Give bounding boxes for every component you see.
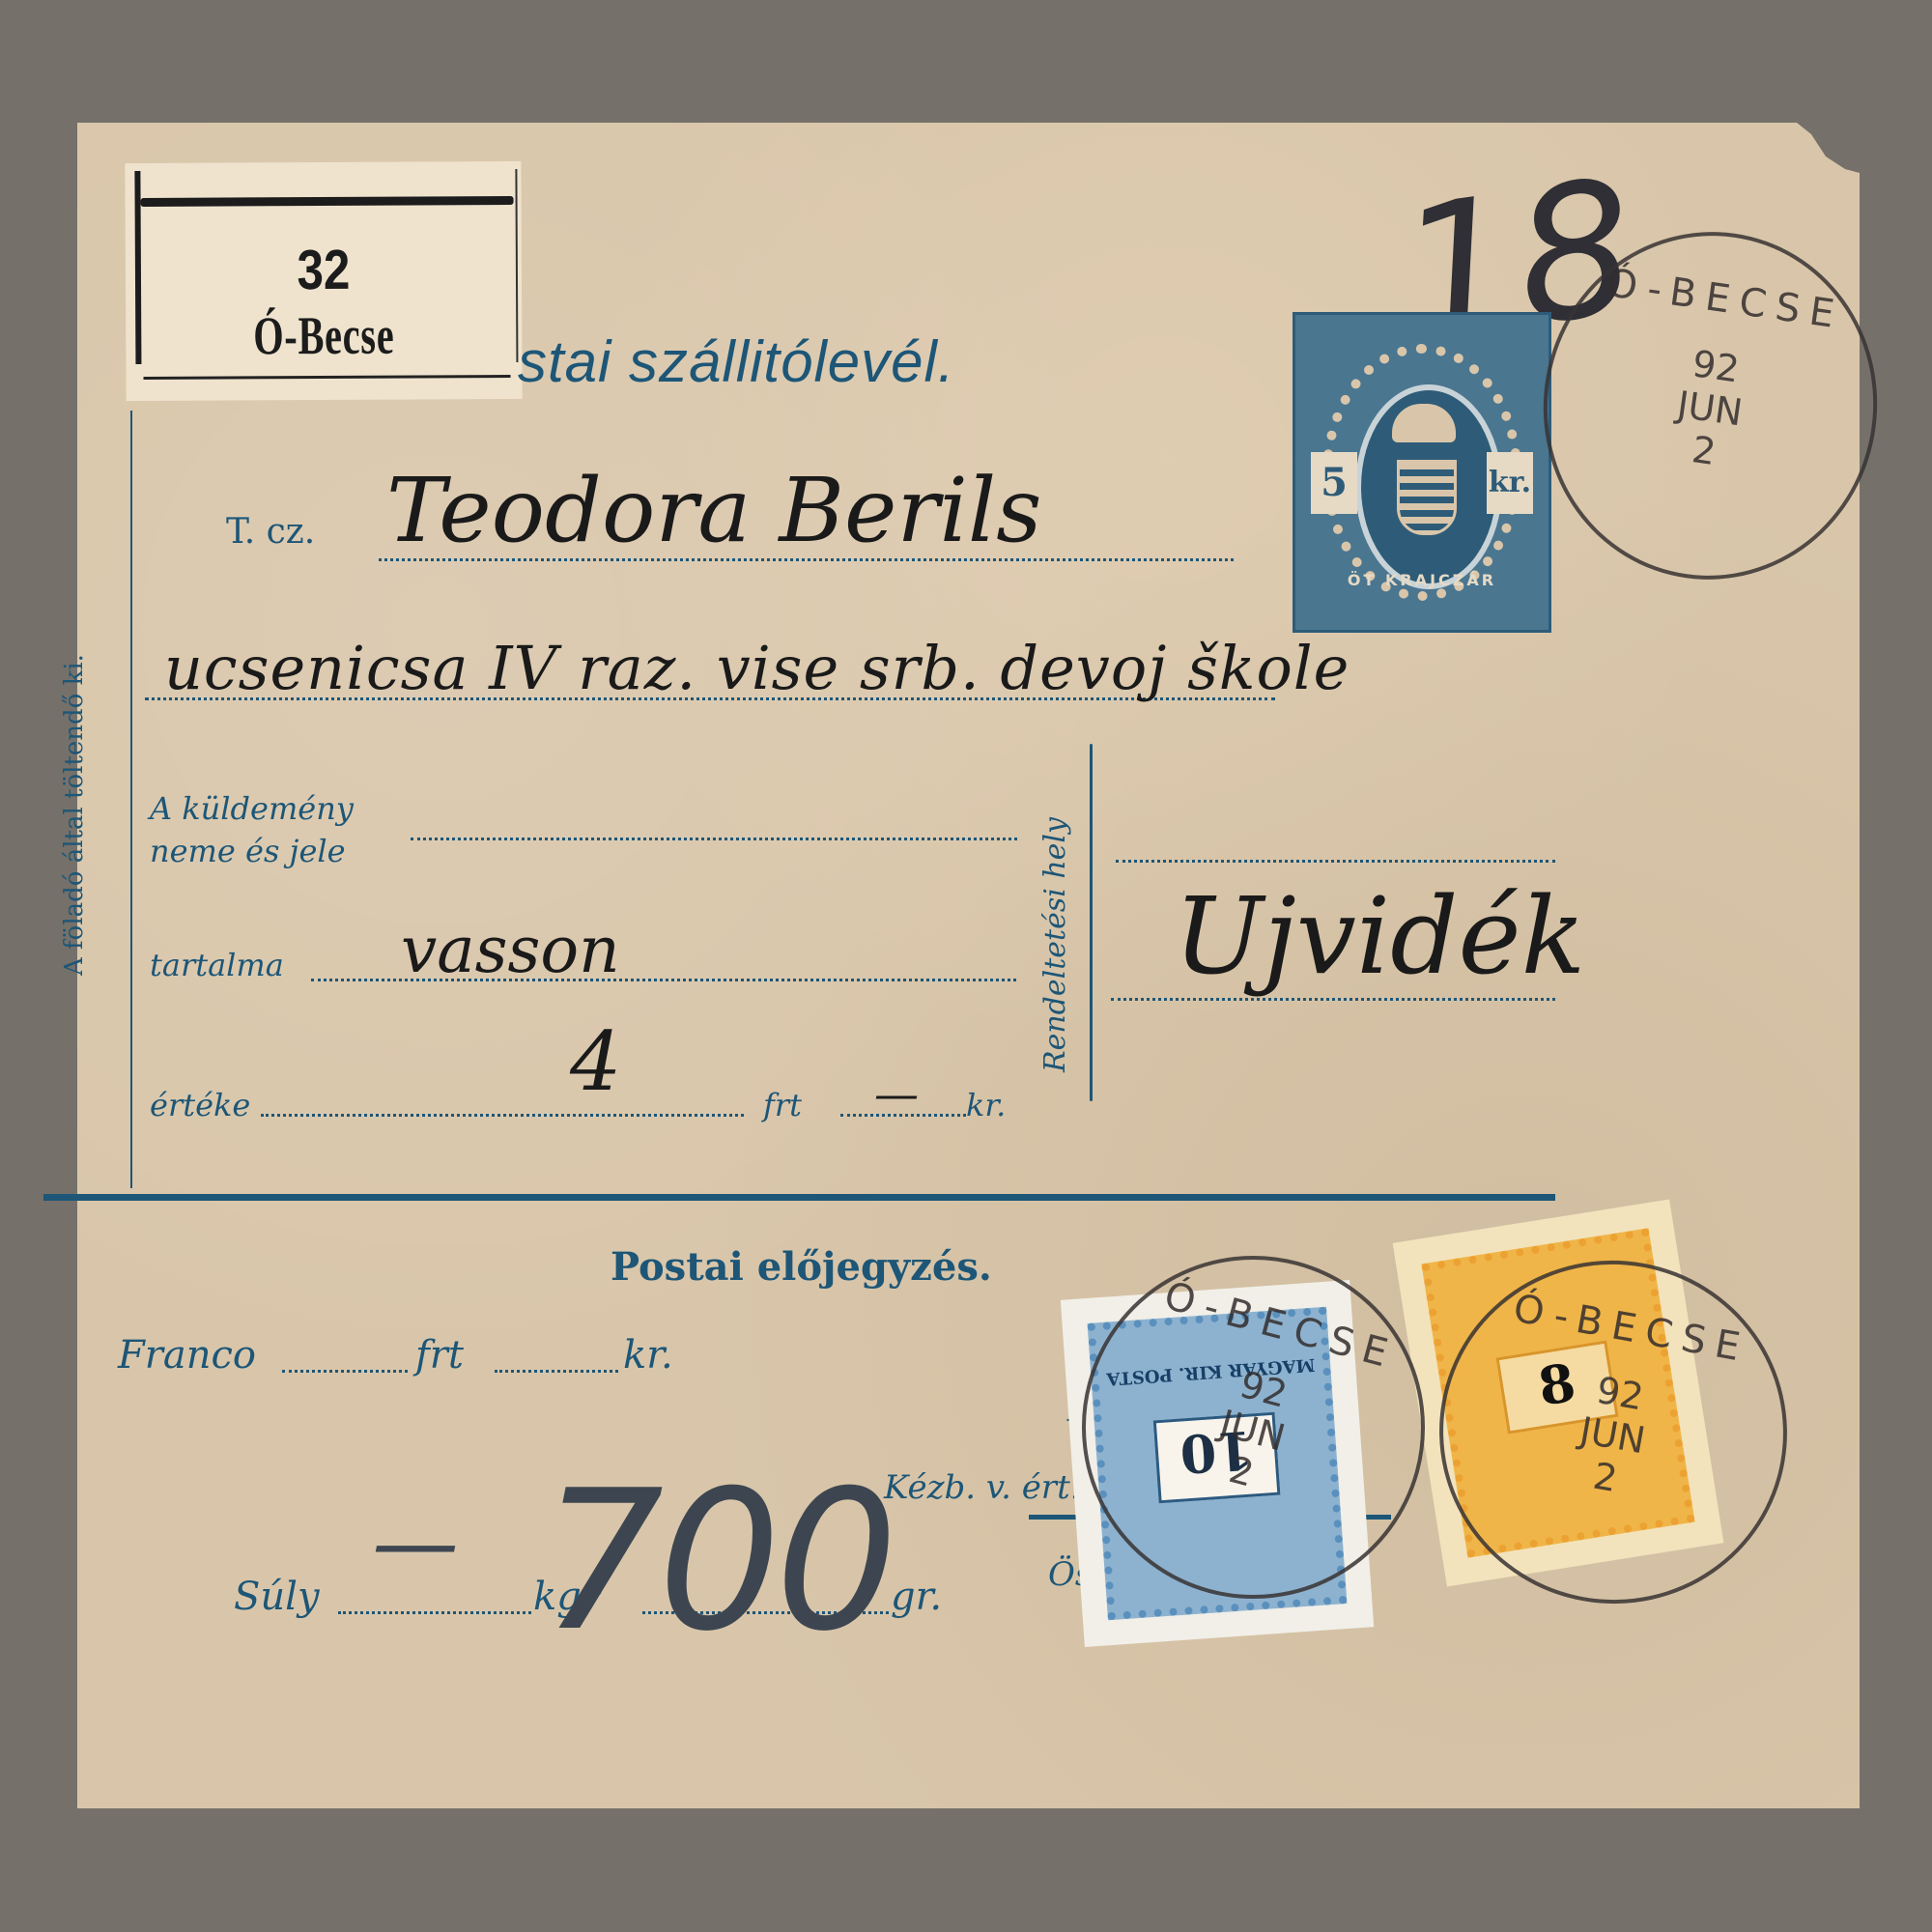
recipient-prefix: T. cz. xyxy=(226,512,315,552)
registration-label: 32 Ó-Becse xyxy=(125,161,522,401)
printed-stamp-indicium: 5 kr. ÖT KRAJCZÁR xyxy=(1293,312,1551,633)
value-frt-amount: 4 xyxy=(570,1014,621,1109)
section-divider xyxy=(43,1194,1555,1201)
coat-of-arms-icon xyxy=(1397,460,1457,535)
value-frt-line xyxy=(261,1114,744,1117)
weight-kgr-line xyxy=(338,1611,531,1614)
weight-label: Súly xyxy=(234,1575,320,1619)
indicium-value: 5 xyxy=(1311,452,1357,514)
recipient-name: Teodora Berils xyxy=(386,459,1042,562)
value-label: értéke xyxy=(150,1087,250,1123)
label-bottom-rule xyxy=(144,375,511,380)
recipient-address: ucsenicsa IV raz. vise srb. devoj škole xyxy=(164,633,1350,703)
value-kr-amount: — xyxy=(874,1067,919,1120)
postmark-date: 92 JUN 2 xyxy=(1540,323,1880,495)
destination-value: Ujvidék xyxy=(1174,874,1585,998)
registration-number: 32 xyxy=(156,237,493,303)
left-vertical-rule xyxy=(130,411,132,1188)
destination-brace xyxy=(1090,744,1093,1101)
destination-label: Rendeltetési hely xyxy=(1038,817,1072,1072)
destination-line-1 xyxy=(1116,860,1555,863)
weight-gr-unit: gr. xyxy=(891,1575,942,1619)
document-title: stai szállitólevél. xyxy=(518,328,955,395)
value-frt-unit: frt xyxy=(763,1087,802,1123)
contents-value: vasson xyxy=(401,913,620,987)
franco-frt-line xyxy=(282,1370,408,1373)
shipment-kind-line xyxy=(411,838,1017,840)
franco-kr-line xyxy=(495,1370,618,1373)
franco-label: Franco xyxy=(118,1333,256,1378)
postal-notes-heading: Postai előjegyzés. xyxy=(611,1244,992,1290)
weight-kgr-value: — xyxy=(372,1492,459,1594)
registration-town: Ó-Becse xyxy=(182,304,468,368)
indicium-legend: ÖT KRAJCZÁR xyxy=(1295,571,1548,589)
franco-kr-unit: kr. xyxy=(623,1333,673,1378)
postmark-date: 92 JUN 2 xyxy=(1435,1343,1792,1527)
contents-label: tartalma xyxy=(150,947,284,983)
sender-instruction-caption: A föladó által töltendő ki. xyxy=(60,654,89,976)
label-top-bar xyxy=(141,196,514,207)
value-kr-unit: kr. xyxy=(966,1087,1006,1123)
shipment-kind-label-1: A küldemény xyxy=(150,790,354,827)
destination-line-2 xyxy=(1111,998,1555,1001)
indicium-unit: kr. xyxy=(1487,452,1533,514)
delivery-value-label: Kézb. v. ért. xyxy=(884,1468,1081,1507)
shipment-kind-label-2: neme és jele xyxy=(150,833,346,869)
label-left-bar xyxy=(134,171,141,364)
weight-gr-value: 700 xyxy=(541,1449,893,1674)
franco-frt-unit: frt xyxy=(415,1333,464,1378)
